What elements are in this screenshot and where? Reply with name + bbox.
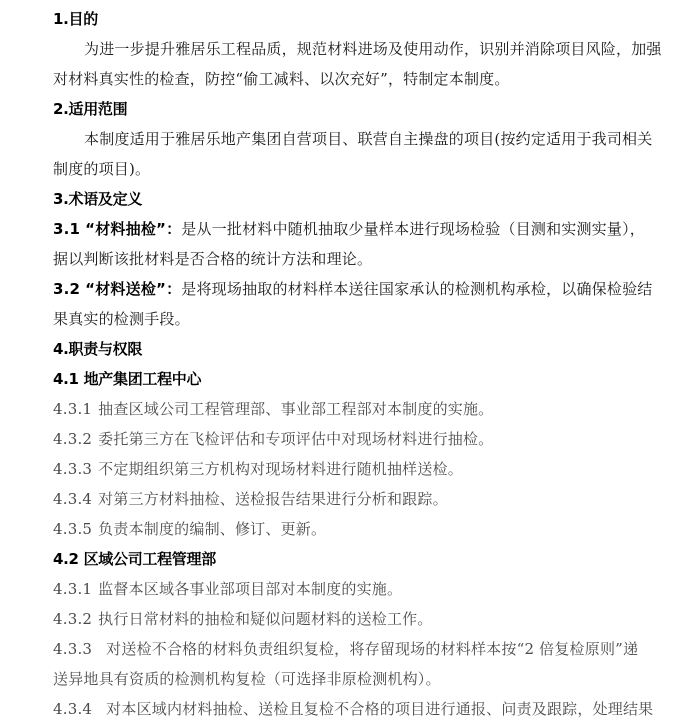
definition-term: “材料送检”： — [85, 280, 181, 298]
list-item: 4.3.4对本区域内材料抽检、送检且复检不合格的项目进行通报、问责及跟踪，处理结… — [53, 694, 657, 720]
item-number: 4.3.3 — [53, 460, 92, 478]
item-text: 委托第三方在飞检评估和专项评估中对现场材料进行抽检。 — [98, 430, 493, 448]
document-page: 1.目的 为进一步提升雅居乐工程品质，规范材料进场及使用动作，识别并消除项目风险… — [53, 4, 657, 720]
definition-term: “材料抽检”： — [85, 220, 181, 238]
list-item: 4.3.5负责本制度的编制、修订、更新。 — [53, 514, 657, 544]
paragraph-scope-line-2: 制度的项目)。 — [53, 154, 657, 184]
paragraph-scope-line-1: 本制度适用于雅居乐地产集团自营项目、联营自主操盘的项目(按约定适用于我司相关 — [53, 124, 657, 154]
subsection-heading-regional-engineering-dept: 4.2 区域公司工程管理部 — [53, 544, 657, 574]
list-item: 4.3.1抽查区域公司工程管理部、事业部工程部对本制度的实施。 — [53, 394, 657, 424]
section-heading-terms: 3.术语及定义 — [53, 184, 657, 214]
definition-testing-line-1: 3.2 “材料送检”：是将现场抽取的材料样本送往国家承认的检测机构承检，以确保检… — [53, 274, 657, 304]
item-text: 监督本区域各事业部项目部对本制度的实施。 — [98, 580, 402, 598]
definition-number: 3.2 — [53, 280, 80, 298]
list-item: 4.3.3不定期组织第三方机构对现场材料进行随机抽样送检。 — [53, 454, 657, 484]
definition-sampling-line-1: 3.1 “材料抽检”：是从一批材料中随机抽取少量样本进行现场检验（目测和实测实量… — [53, 214, 657, 244]
item-text: 不定期组织第三方机构对现场材料进行随机抽样送检。 — [98, 460, 463, 478]
item-number: 4.3.3 — [53, 640, 92, 658]
subsection-heading-group-engineering-center: 4.1 地产集团工程中心 — [53, 364, 657, 394]
definition-testing-line-2: 果真实的检测手段。 — [53, 304, 657, 334]
item-number: 4.3.1 — [53, 400, 92, 418]
item-number: 4.3.5 — [53, 520, 92, 538]
definition-sampling-line-2: 据以判断该批材料是否合格的统计方法和理论。 — [53, 244, 657, 274]
item-number: 4.3.4 — [53, 490, 92, 508]
item-number: 4.3.2 — [53, 430, 92, 448]
section-heading-responsibilities: 4.职责与权限 — [53, 334, 657, 364]
definition-text: 是将现场抽取的材料样本送往国家承认的检测机构承检，以确保检验结 — [181, 280, 652, 298]
list-item-continuation: 送异地具有资质的检测机构复检（可选择非原检测机构）。 — [53, 664, 657, 694]
item-text: 负责本制度的编制、修订、更新。 — [98, 520, 326, 538]
list-item: 4.3.1监督本区域各事业部项目部对本制度的实施。 — [53, 574, 657, 604]
list-item: 4.3.4对第三方材料抽检、送检报告结果进行分析和跟踪。 — [53, 484, 657, 514]
definition-number: 3.1 — [53, 220, 80, 238]
list-item: 4.3.2执行日常材料的抽检和疑似问题材料的送检工作。 — [53, 604, 657, 634]
list-item: 4.3.3对送检不合格的材料负责组织复检，将存留现场的材料样本按“2 倍复检原则… — [53, 634, 657, 664]
list-item: 4.3.2委托第三方在飞检评估和专项评估中对现场材料进行抽检。 — [53, 424, 657, 454]
section-heading-purpose: 1.目的 — [53, 4, 657, 34]
item-number: 4.3.2 — [53, 610, 92, 628]
definition-text: 是从一批材料中随机抽取少量样本进行现场检验（目测和实测实量）， — [181, 220, 645, 238]
item-text: 对送检不合格的材料负责组织复检，将存留现场的材料样本按“2 倍复检原则”递 — [106, 640, 638, 658]
item-text: 执行日常材料的抽检和疑似问题材料的送检工作。 — [98, 610, 432, 628]
item-text: 对本区域内材料抽检、送检且复检不合格的项目进行通报、问责及跟踪，处理结果 — [106, 700, 653, 718]
item-number: 4.3.4 — [53, 700, 92, 718]
paragraph-purpose-line-2: 对材料真实性的检查，防控“偷工减料、以次充好”，特制定本制度。 — [53, 64, 657, 94]
item-number: 4.3.1 — [53, 580, 92, 598]
section-heading-scope: 2.适用范围 — [53, 94, 657, 124]
paragraph-purpose-line-1: 为进一步提升雅居乐工程品质，规范材料进场及使用动作，识别并消除项目风险，加强 — [53, 34, 657, 64]
item-text: 对第三方材料抽检、送检报告结果进行分析和跟踪。 — [98, 490, 448, 508]
item-text: 抽查区域公司工程管理部、事业部工程部对本制度的实施。 — [98, 400, 493, 418]
